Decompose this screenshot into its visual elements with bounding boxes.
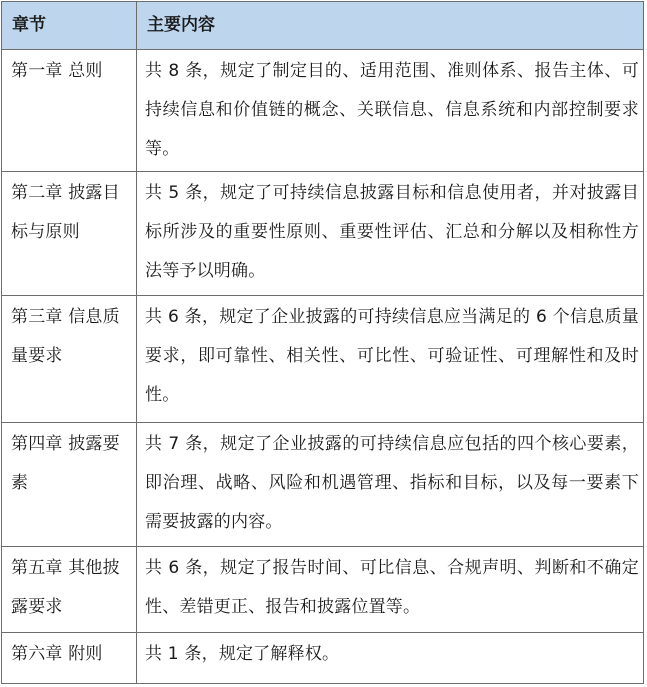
content-cell: 共 6 条，规定了报告时间、可比信息、合规声明、判断和不确定性、差错更正、报告和… (137, 547, 644, 633)
table-row: 第四章 披露要素 共 7 条，规定了企业披露的可持续信息应包括的四个核心要素，即… (2, 423, 644, 547)
header-chapter: 章节 (2, 2, 137, 50)
table-row: 第一章 总则 共 8 条，规定了制定目的、适用范围、准则体系、报告主体、可持续信… (2, 50, 644, 172)
chapter-cell: 第二章 披露目标与原则 (2, 172, 137, 296)
header-main-content: 主要内容 (137, 2, 644, 50)
chapter-cell: 第一章 总则 (2, 50, 137, 172)
chapter-summary-table: 章节 主要内容 第一章 总则 共 8 条，规定了制定目的、适用范围、准则体系、报… (1, 1, 644, 684)
chapter-cell: 第四章 披露要素 (2, 423, 137, 547)
chapter-cell: 第六章 附则 (2, 633, 137, 684)
table-header-row: 章节 主要内容 (2, 2, 644, 50)
content-cell: 共 5 条，规定了可持续信息披露目标和信息使用者，并对披露目标所涉及的重要性原则… (137, 172, 644, 296)
content-cell: 共 7 条，规定了企业披露的可持续信息应包括的四个核心要素，即治理、战略、风险和… (137, 423, 644, 547)
content-cell: 共 6 条，规定了企业披露的可持续信息应当满足的 6 个信息质量要求，即可靠性、… (137, 296, 644, 423)
table-row: 第五章 其他披露要求 共 6 条，规定了报告时间、可比信息、合规声明、判断和不确… (2, 547, 644, 633)
table-row: 第六章 附则 共 1 条，规定了解释权。 (2, 633, 644, 684)
table-row: 第二章 披露目标与原则 共 5 条，规定了可持续信息披露目标和信息使用者，并对披… (2, 172, 644, 296)
chapter-cell: 第三章 信息质量要求 (2, 296, 137, 423)
content-cell: 共 8 条，规定了制定目的、适用范围、准则体系、报告主体、可持续信息和价值链的概… (137, 50, 644, 172)
content-cell: 共 1 条，规定了解释权。 (137, 633, 644, 684)
table-row: 第三章 信息质量要求 共 6 条，规定了企业披露的可持续信息应当满足的 6 个信… (2, 296, 644, 423)
chapter-cell: 第五章 其他披露要求 (2, 547, 137, 633)
